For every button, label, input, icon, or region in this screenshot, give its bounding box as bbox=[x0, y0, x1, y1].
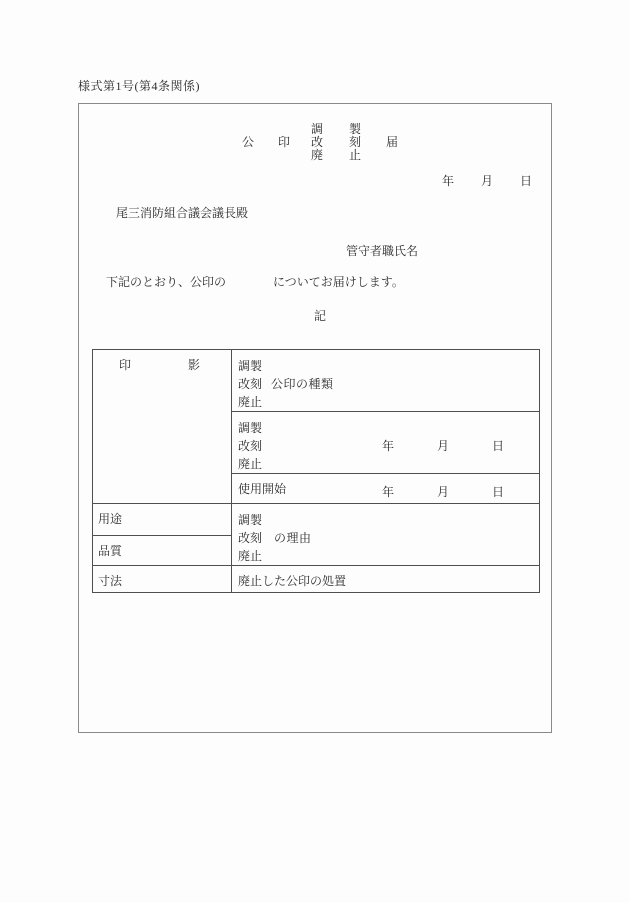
reason-option-haishi: 廃止 bbox=[238, 547, 539, 565]
seal-impression-cell: 印影 bbox=[93, 350, 232, 504]
action-option-chosei: 調製 bbox=[238, 419, 539, 437]
title-char-in: 印 bbox=[278, 136, 290, 149]
signer-name-label: 管守者職氏名 bbox=[346, 245, 418, 258]
form-number-label: 様式第1号(第4条関係) bbox=[78, 80, 200, 93]
header-date-year-label: 年 bbox=[442, 175, 454, 188]
reason-label: の理由 bbox=[274, 531, 312, 545]
kind-option-chosei: 調製 bbox=[238, 357, 539, 375]
header-date-day-label: 日 bbox=[520, 175, 532, 188]
usage-cell: 用途 bbox=[93, 504, 232, 536]
action-date-content: 調製 改刻 廃止 年 月 日 bbox=[232, 412, 539, 473]
title-option-stack: 調製 改刻 廃止 bbox=[311, 123, 387, 162]
header-date-month-label: 月 bbox=[481, 175, 493, 188]
start-date-year-label: 年 bbox=[382, 483, 394, 501]
document-page: 様式第1号(第4条関係) 公 印 調製 改刻 廃止 届 年 月 日 尾三消防組合… bbox=[0, 0, 630, 903]
seal-kind-content: 調製 改刻公印の種類 廃止 bbox=[232, 350, 539, 411]
action-date-year-label: 年 bbox=[382, 437, 394, 455]
seal-kind-cell: 調製 改刻公印の種類 廃止 bbox=[232, 350, 540, 412]
reason-option-kaikoku-line: 改刻の理由 bbox=[238, 529, 539, 547]
start-date-cell: 使用開始 年 月 日 bbox=[232, 474, 540, 504]
kind-option-kaikoku: 改刻 bbox=[238, 377, 262, 391]
title-char-todoke: 届 bbox=[386, 136, 398, 149]
start-date-label: 使用開始 bbox=[238, 482, 286, 496]
body-sentence-lead: 下記のとおり、公印の bbox=[106, 275, 226, 289]
quality-cell: 品質 bbox=[93, 535, 232, 565]
action-date-month-label: 月 bbox=[437, 437, 449, 455]
size-label: 寸法 bbox=[93, 566, 231, 588]
quality-label: 品質 bbox=[93, 536, 231, 558]
kind-option-haishi: 廃止 bbox=[238, 393, 539, 411]
seal-kind-label: 公印の種類 bbox=[271, 377, 334, 391]
action-date-cell: 調製 改刻 廃止 年 月 日 bbox=[232, 412, 540, 474]
kind-option-kaikoku-line: 改刻公印の種類 bbox=[238, 375, 539, 393]
start-date-content: 使用開始 年 月 日 bbox=[232, 474, 539, 496]
table-row-size: 寸法 廃止した公印の処置 bbox=[93, 566, 540, 593]
form-sheet: 公 印 調製 改刻 廃止 届 年 月 日 尾三消防組合議会議長殿 管守者職氏名 … bbox=[78, 103, 552, 733]
size-cell: 寸法 bbox=[93, 566, 232, 593]
start-date-day-label: 日 bbox=[492, 483, 504, 501]
reason-content: 調製 改刻の理由 廃止 bbox=[232, 504, 539, 565]
reason-cell: 調製 改刻の理由 廃止 bbox=[232, 504, 540, 566]
reason-option-kaikoku: 改刻 bbox=[238, 531, 262, 545]
disposal-label: 廃止した公印の処置 bbox=[232, 566, 539, 588]
record-marker: 記 bbox=[314, 310, 326, 323]
seal-impression-label: 印影 bbox=[93, 350, 231, 372]
start-date-month-label: 月 bbox=[437, 483, 449, 501]
action-date-day-label: 日 bbox=[492, 437, 504, 455]
action-option-haishi: 廃止 bbox=[238, 455, 539, 473]
usage-label: 用途 bbox=[93, 504, 231, 526]
body-sentence-tail: についてお届けします。 bbox=[273, 275, 404, 289]
title-option-haishi: 廃止 bbox=[311, 149, 387, 162]
reason-option-chosei: 調製 bbox=[238, 511, 539, 529]
addressee-line: 尾三消防組合議会議長殿 bbox=[116, 207, 248, 220]
title-char-kou: 公 bbox=[242, 136, 254, 149]
disposal-cell: 廃止した公印の処置 bbox=[232, 566, 540, 593]
table-row-usage: 用途 調製 改刻の理由 廃止 bbox=[93, 504, 540, 536]
details-table: 印影 調製 改刻公印の種類 廃止 調製 改刻 廃止 年 bbox=[92, 349, 540, 593]
body-sentence: 下記のとおり、公印のについてお届けします。 bbox=[106, 276, 404, 289]
table-row-kind: 印影 調製 改刻公印の種類 廃止 bbox=[93, 350, 540, 412]
